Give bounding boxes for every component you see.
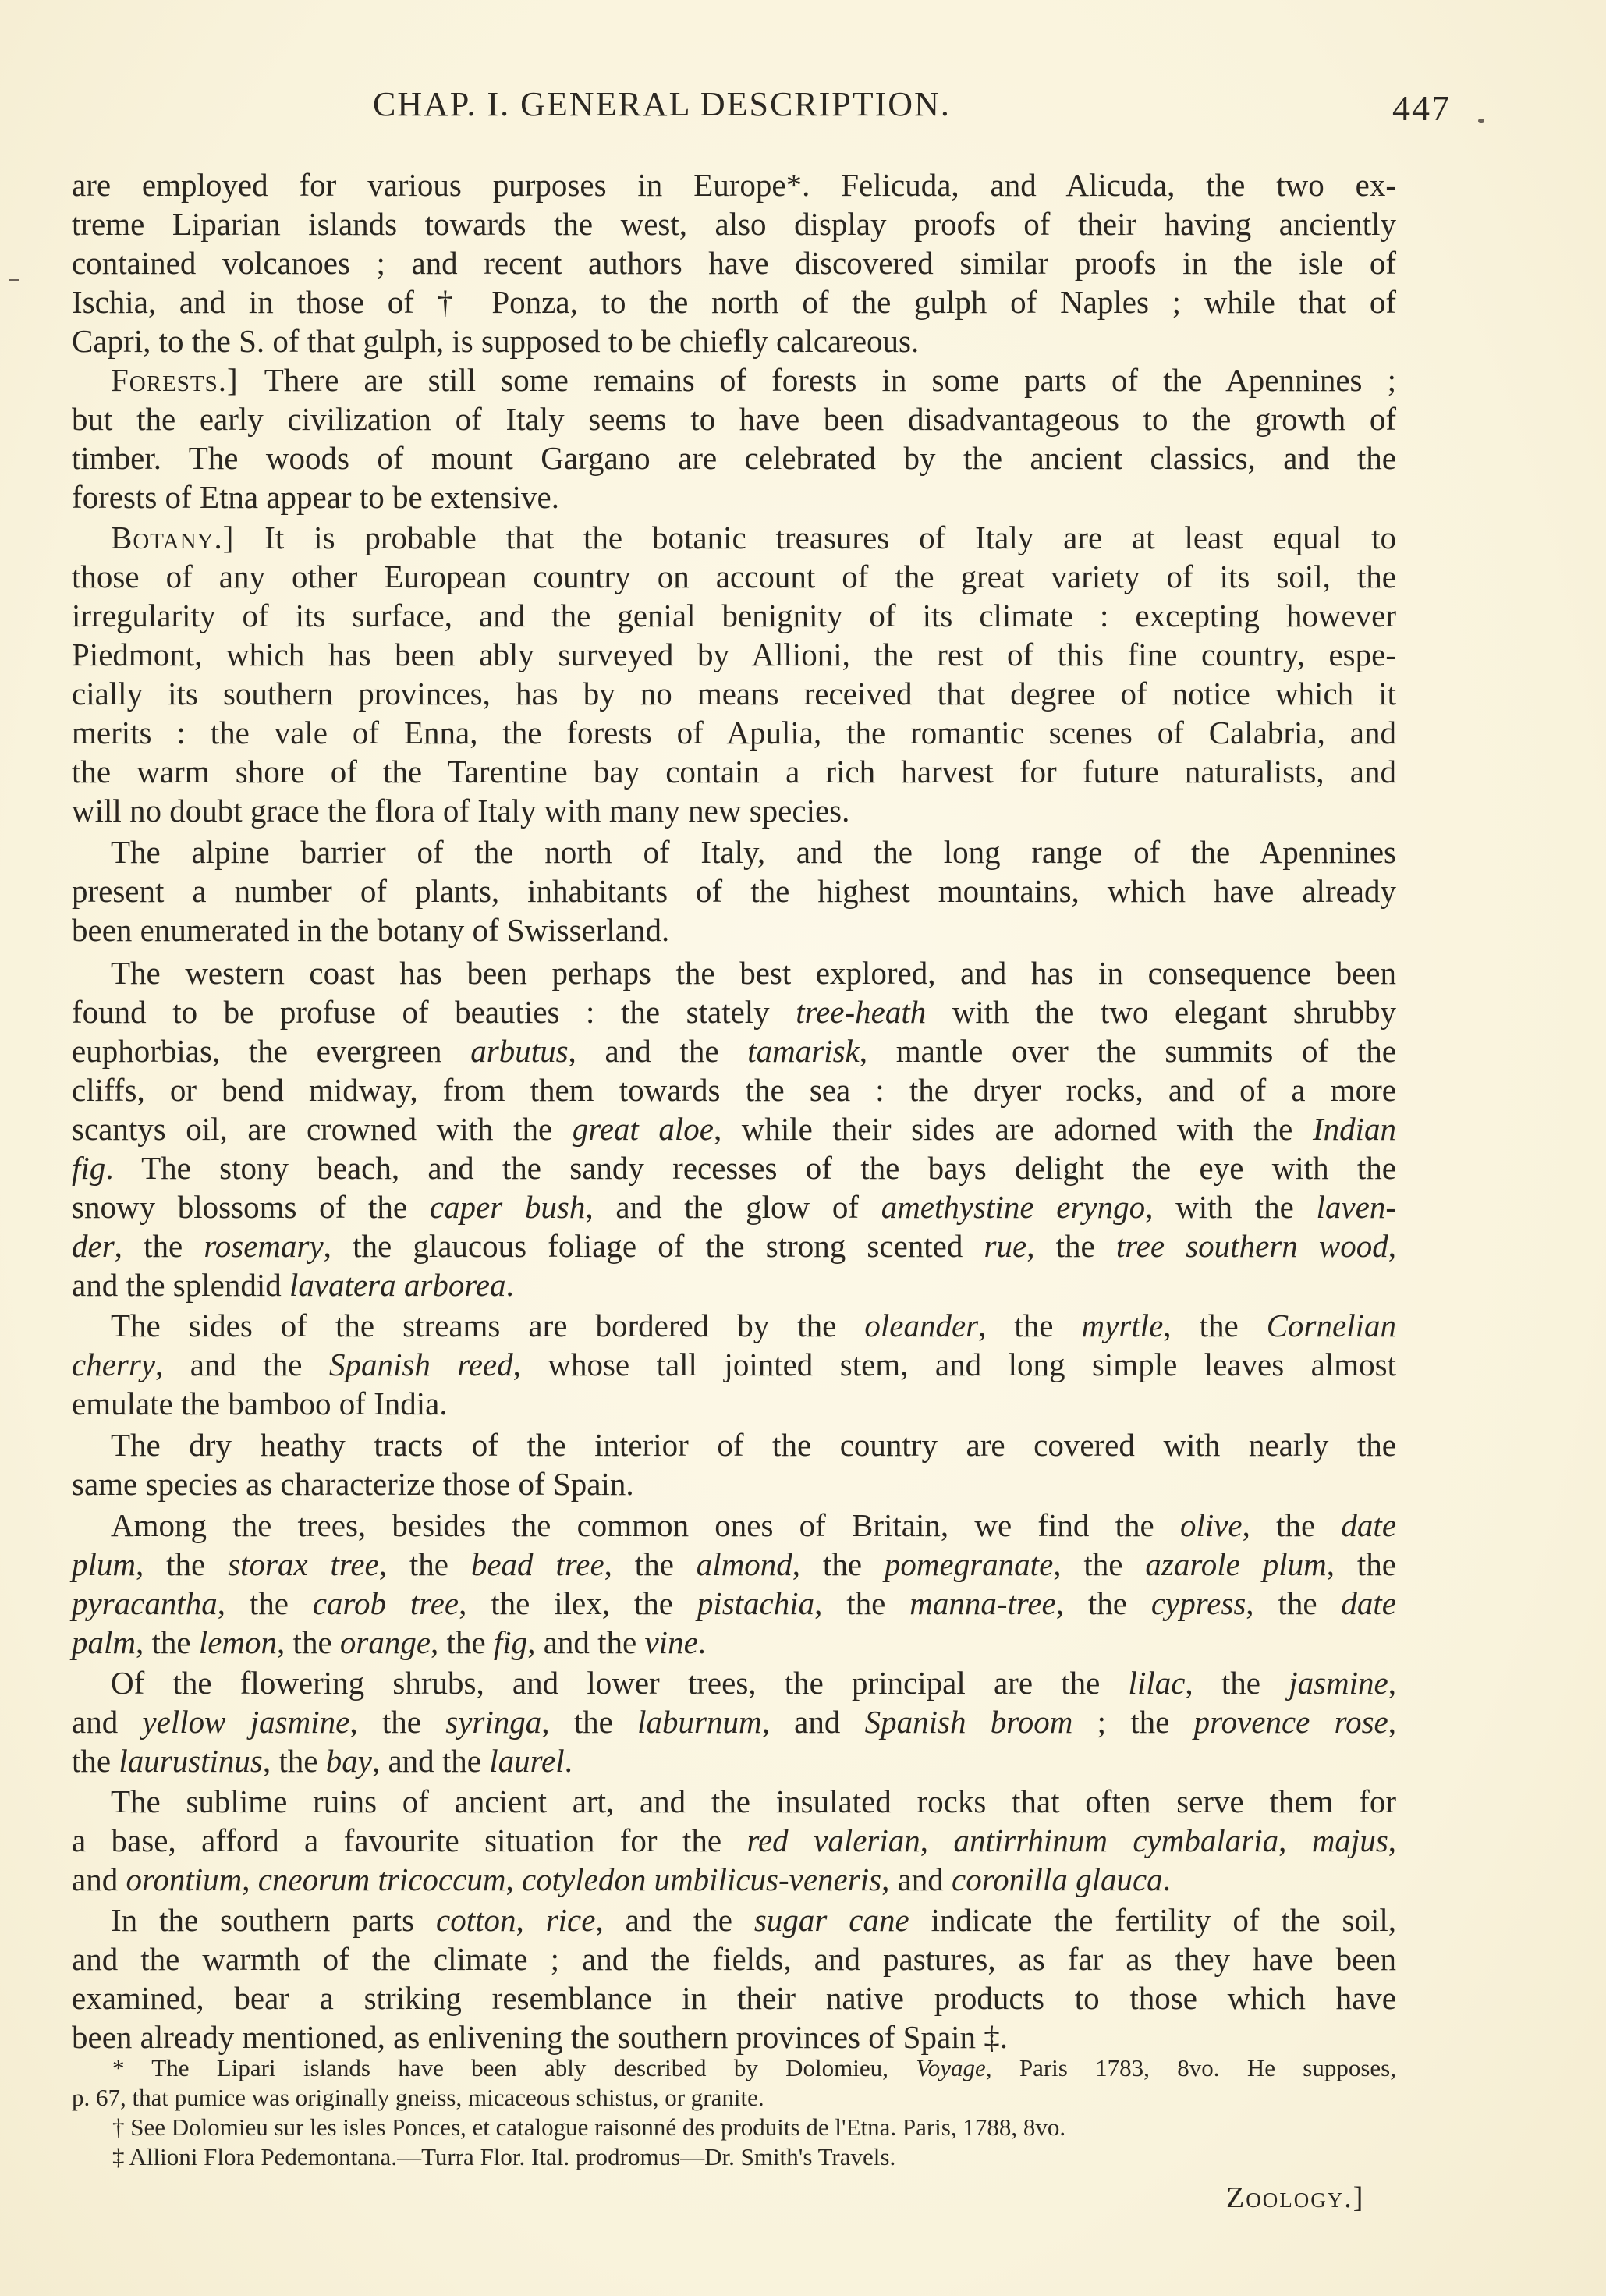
text-line: Capri, to the S. of that gulph, is suppo… [72,321,1396,360]
text-line: are employed for various purposes in Eur… [72,165,1396,204]
text-line: merits : the vale of Enna, the forests o… [72,713,1396,752]
text-line: Piedmont, which has been ably surveyed b… [72,635,1396,674]
text-line: and orontium, cneorum tricoccum, cotyled… [72,1860,1396,1899]
text-line: present a number of plants, inhabitants … [72,871,1396,910]
text-line: The sides of the streams are bordered by… [111,1306,1396,1345]
text-line: plum, the storax tree, the bead tree, th… [72,1545,1396,1584]
text-line: Among the trees, besides the common ones… [111,1506,1396,1545]
text-line: the laurustinus, the bay, and the laurel… [72,1741,1396,1780]
text-line: emulate the bamboo of India. [72,1384,1396,1423]
footnote-line: p. 67, that pumice was originally gneiss… [72,2083,1396,2113]
text-line: pyracantha, the carob tree, the ilex, th… [72,1584,1396,1623]
text-line: The western coast has been perhaps the b… [111,953,1396,992]
text-line: Of the flowering shrubs, and lower trees… [111,1663,1396,1702]
footnote-line: ‡ Allioni Flora Pedemontana.—Turra Flor.… [112,2142,1396,2172]
text-line: found to be profuse of beauties : the st… [72,992,1396,1031]
text-line: euphorbias, the evergreen arbutus, and t… [72,1031,1396,1070]
running-title: CHAP. I. GENERAL DESCRIPTION. [373,84,951,124]
text-line: Ischia, and in those of † Ponza, to the … [72,282,1396,321]
text-line: In the southern parts cotton, rice, and … [111,1900,1396,1939]
ink-speck [1478,119,1484,123]
running-header: CHAP. I. GENERAL DESCRIPTION. 447 [373,84,1449,131]
text-line: and the splendid lavatera arborea. [72,1265,1396,1304]
footnote-line: † See Dolomieu sur les isles Ponces, et … [112,2113,1396,2142]
footnote-line: * The Lipari islands have been ably desc… [112,2053,1396,2083]
text-line: Botany.] It is probable that the botanic… [111,518,1396,557]
text-line: treme Liparian islands towards the west,… [72,204,1396,243]
text-line: fig. The stony beach, and the sandy rece… [72,1148,1396,1187]
catchword: Zoology.] [1226,2181,1364,2215]
text-line: will no doubt grace the flora of Italy w… [72,791,1396,830]
text-line: cially its southern provinces, has by no… [72,674,1396,713]
text-line: palm, the lemon, the orange, the fig, an… [72,1623,1396,1662]
text-line: Forests.] There are still some remains o… [111,360,1396,399]
text-line: those of any other European country on a… [72,557,1396,596]
text-line: contained volcanoes ; and recent authors… [72,243,1396,282]
page-number: 447 [1392,87,1451,129]
text-line: same species as characterize those of Sp… [72,1464,1396,1503]
text-line: irregularity of its surface, and the gen… [72,596,1396,635]
text-line: The alpine barrier of the north of Italy… [111,832,1396,871]
text-line: examined, bear a striking resemblance in… [72,1978,1396,2017]
text-line: been already mentioned, as enlivening th… [72,2017,1396,2056]
text-line: cliffs, or bend midway, from them toward… [72,1070,1396,1109]
book-page: CHAP. I. GENERAL DESCRIPTION. 447 are em… [0,0,1606,2296]
text-line: the warm shore of the Tarentine bay cont… [72,752,1396,791]
text-line: scantys oil, are crowned with the great … [72,1109,1396,1148]
text-line: a base, afford a favourite situation for… [72,1821,1396,1860]
text-line: and yellow jasmine, the syringa, the lab… [72,1702,1396,1741]
text-line: but the early civilization of Italy seem… [72,399,1396,438]
text-line: timber. The woods of mount Gargano are c… [72,438,1396,477]
text-line: The dry heathy tracts of the interior of… [111,1425,1396,1464]
section-heading: Forests.] [111,362,264,398]
text-line: been enumerated in the botany of Swisser… [72,910,1396,949]
text-line: forests of Etna appear to be extensive. [72,477,1396,516]
section-heading: Botany.] [111,520,264,555]
text-line: The sublime ruins of ancient art, and th… [111,1782,1396,1821]
text-line: der, the rosemary, the glaucous foliage … [72,1226,1396,1265]
text-line: cherry, and the Spanish reed, whose tall… [72,1345,1396,1384]
text-line: snowy blossoms of the caper bush, and th… [72,1187,1396,1226]
text-line: and the warmth of the climate ; and the … [72,1939,1396,1978]
margin-mark [9,279,19,281]
